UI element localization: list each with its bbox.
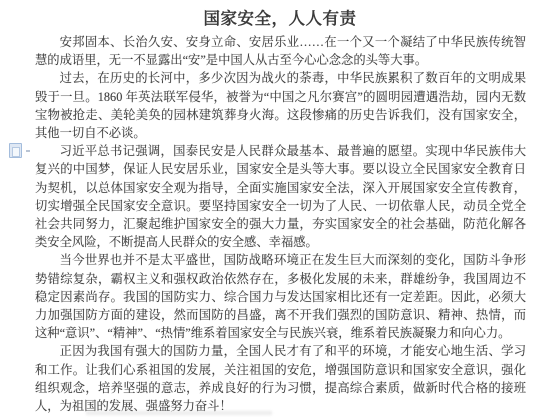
paste-options-widget[interactable] — [9, 143, 33, 159]
paragraph: 正因为我国有强大的国防力量，全国人民才有了和平的环境，才能安心地生活、学习和工作… — [35, 342, 526, 415]
paragraph: 习近平总书记强调，国泰民安是人民群众最基本、最普遍的愿望。实现中华民族伟大复兴的… — [35, 142, 526, 251]
document-body[interactable]: 安邦固本、长治久安、安身立命、安居乐业……在一个又一个凝结了中华民族传统智慧的成… — [35, 33, 526, 415]
document-title: 国家安全，人人有责 — [0, 0, 560, 32]
paragraph: 当今世界也并不是太平盛世，国防战略环境正在发生巨大而深刻的变化，国防斗争形势错综… — [35, 251, 526, 342]
paste-options-clipboard-icon[interactable] — [9, 143, 22, 158]
paragraph: 安邦固本、长治久安、安身立命、安居乐业……在一个又一个凝结了中华民族传统智慧的成… — [35, 33, 526, 69]
document-page: 国家安全，人人有责 安邦固本、长治久安、安身立命、安居乐业……在一个又一个凝结了… — [0, 0, 560, 420]
scan-artifact — [86, 411, 272, 415]
widget-dash-icon — [26, 150, 30, 152]
clipboard-sheet-icon — [12, 147, 20, 157]
paragraph: 过去，在历史的长河中，多少次因为战火的荼毒，中华民族累积了数百年的文明成果毁于一… — [35, 69, 526, 142]
